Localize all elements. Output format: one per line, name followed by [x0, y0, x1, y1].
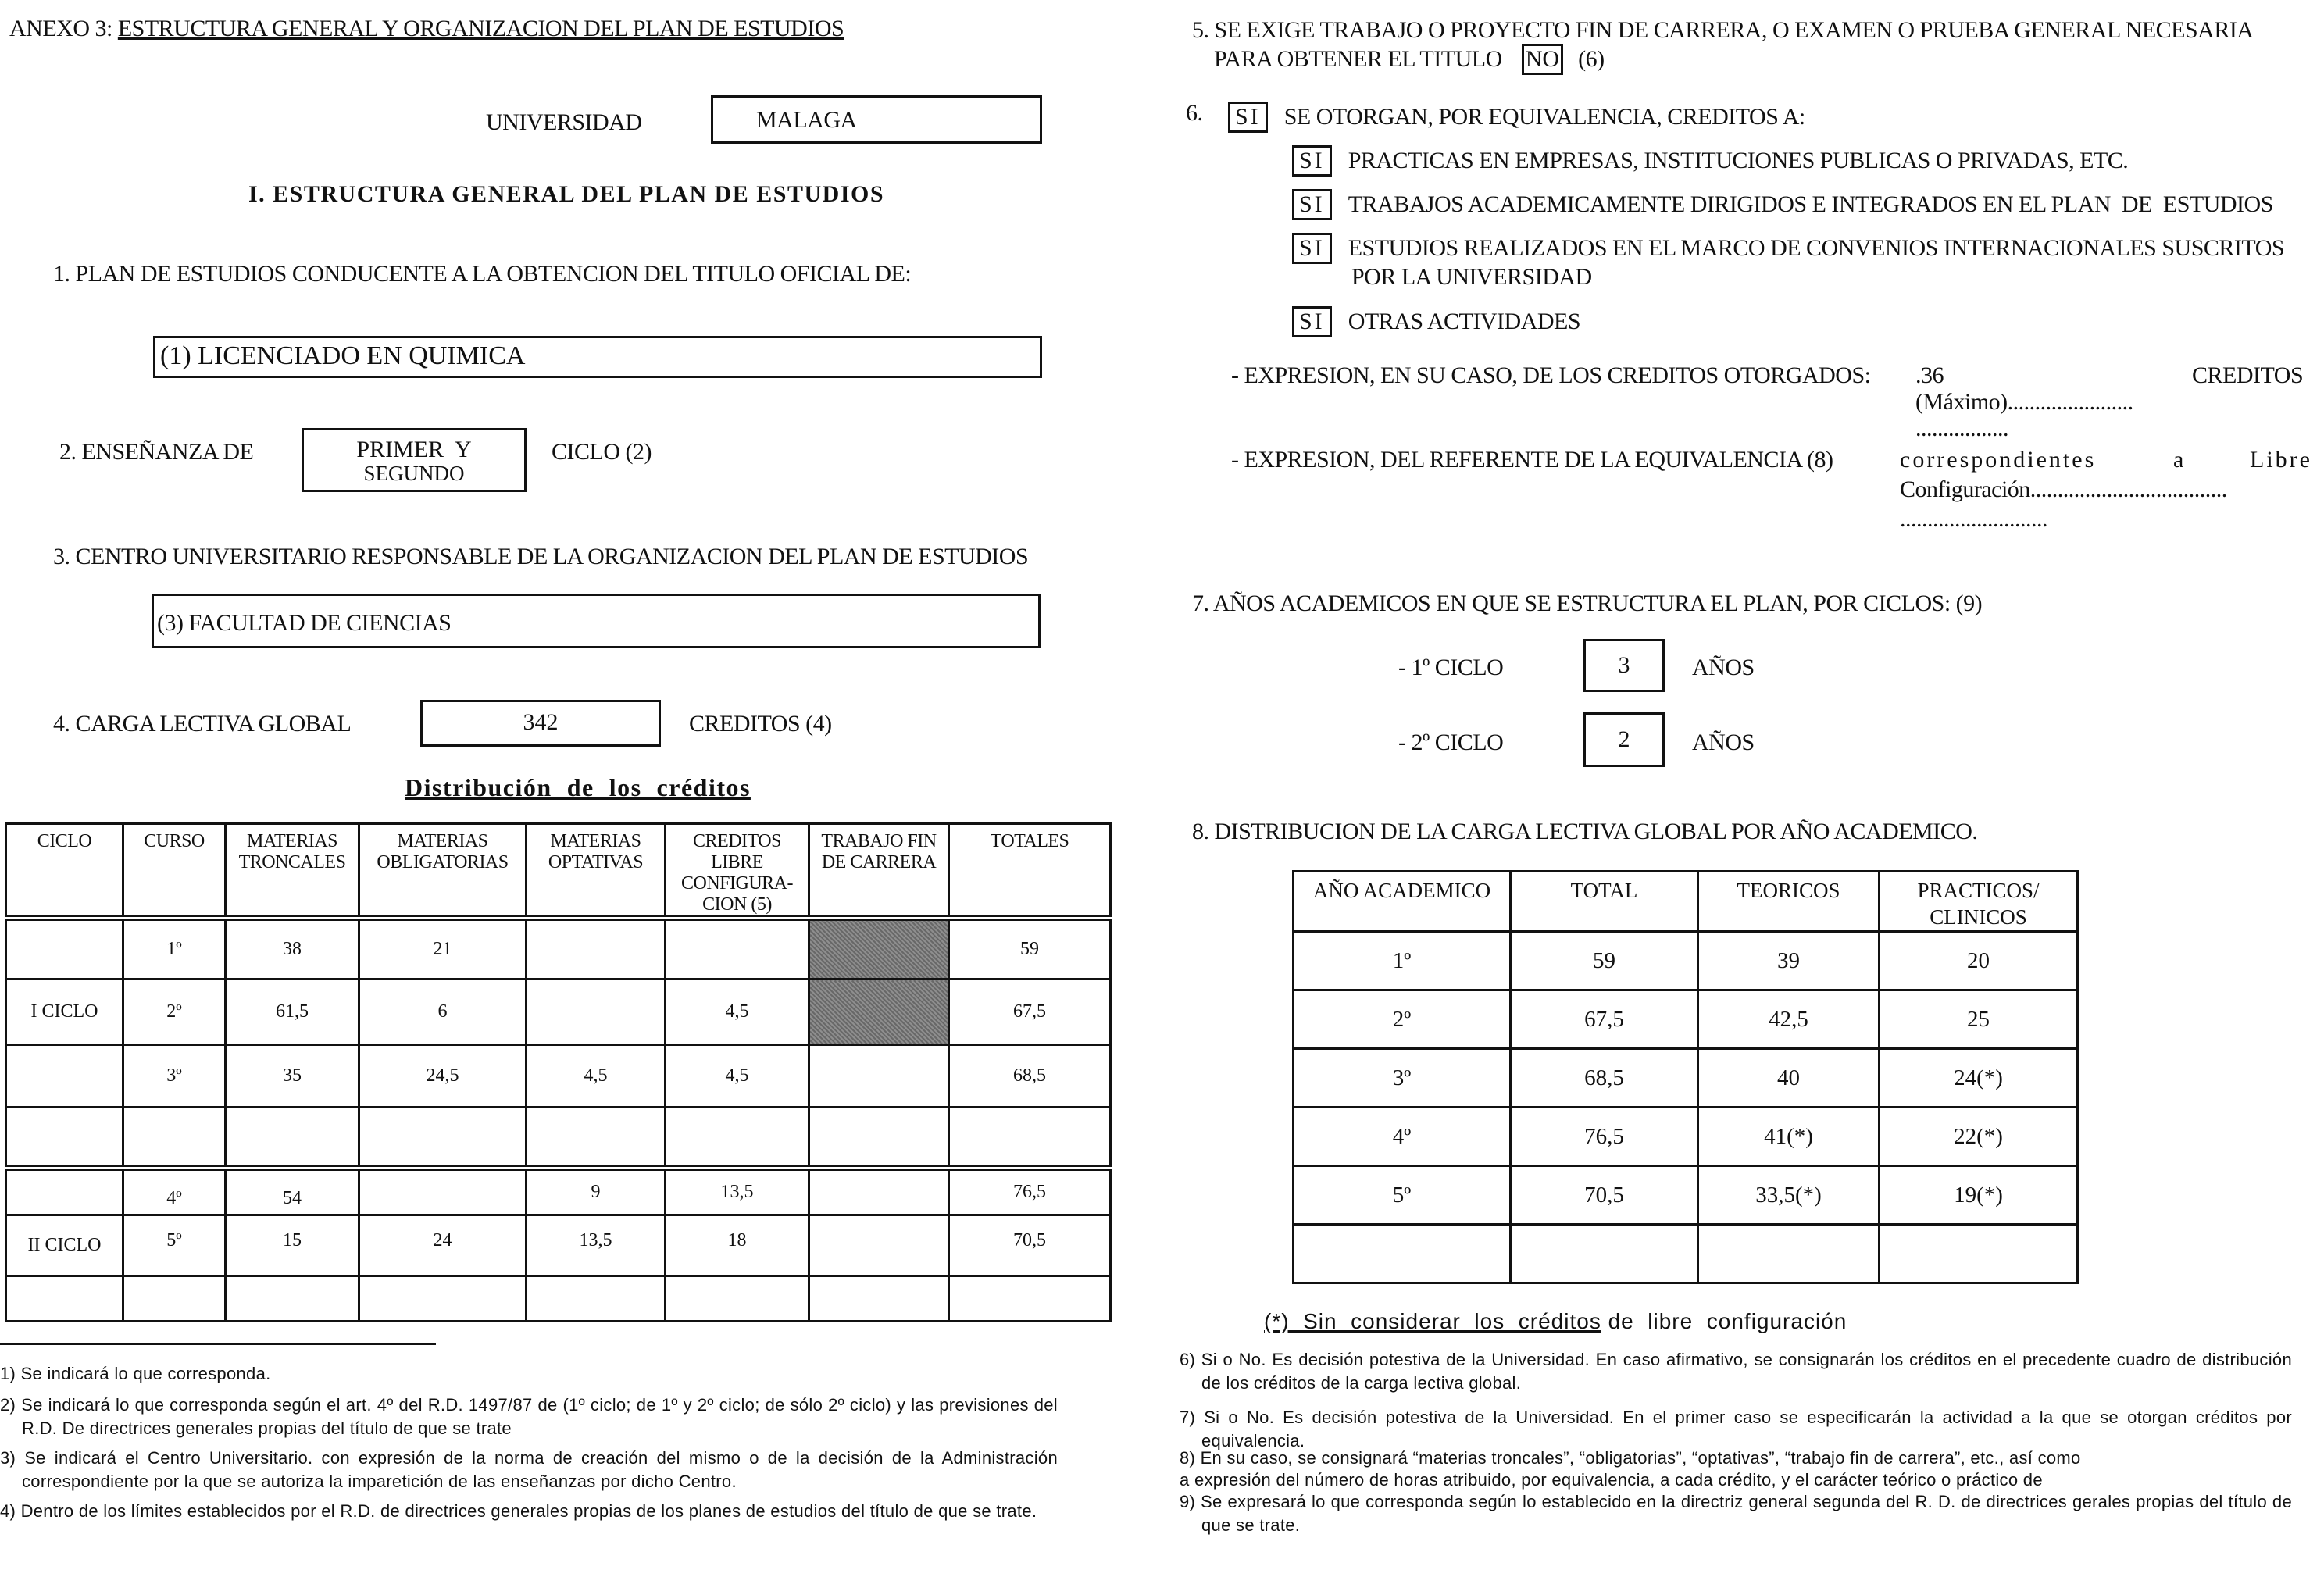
cycle-value-line1: PRIMER Y — [304, 437, 524, 462]
header-curso: CURSO — [123, 824, 226, 919]
item5-note: (6) — [1578, 46, 1604, 72]
table-note: (*) Sin considerar los créditos de libre… — [1180, 1309, 1847, 1334]
cell-col-1 — [1511, 1225, 1698, 1283]
cell-col-2: 33,5(*) — [1698, 1166, 1880, 1225]
cell-curso: 4º — [123, 1168, 226, 1215]
cell-col-3: 24(*) — [1880, 1049, 2078, 1108]
cell-col-3: 25 — [1880, 990, 2078, 1049]
cell-obligatorias: 6 — [359, 979, 527, 1045]
degree-title-value: (1) LICENCIADO EN QUIMICA — [160, 341, 525, 371]
item2-label: 2. ENSEÑANZA DE — [59, 439, 253, 466]
cell-libre: 4,5 — [666, 979, 809, 1045]
credits-granted-dots: ................. — [1915, 416, 2008, 442]
cell-col-3: 20 — [1880, 932, 2078, 990]
footnote: 8) En su caso, se consignará “materias t… — [1180, 1447, 2292, 1470]
footnote: 1) Se indicará lo que corresponda. — [0, 1362, 1058, 1386]
cell-col-0 — [1294, 1225, 1511, 1283]
cell-totales — [949, 1108, 1111, 1168]
cell-col-2 — [1698, 1225, 1880, 1283]
equivalence-answer: SI — [1228, 102, 1268, 133]
cell-col-0: 4º — [1294, 1108, 1511, 1166]
cell-col-1: 67,5 — [1511, 990, 1698, 1049]
footnote-divider-left — [0, 1343, 436, 1345]
footnote: 9) Se expresará lo que corresponda según… — [1180, 1490, 2292, 1537]
cell-troncales — [226, 1108, 359, 1168]
global-load-field: 342 — [420, 700, 661, 747]
cell-totales: 67,5 — [949, 979, 1111, 1045]
equivalence-referent-word1: correspondientes — [1900, 447, 2096, 473]
item3-label: 3. CENTRO UNIVERSITARIO RESPONSABLE DE L… — [53, 544, 1028, 570]
item5-line1: 5. SE EXIGE TRABAJO O PROYECTO FIN DE CA… — [1192, 17, 2254, 44]
cell-trabajo — [809, 1276, 949, 1322]
table-row: I CICLO2º61,564,567,5 — [6, 979, 1111, 1045]
cell-obligatorias — [359, 1168, 527, 1215]
footnote: 4) Dentro de los límites establecidos po… — [0, 1500, 1058, 1523]
item6-label: SE OTORGAN, POR EQUIVALENCIA, CREDITOS A… — [1284, 104, 1805, 130]
table-row — [1294, 1225, 2078, 1283]
footnote: 3) Se indicará el Centro Universitario. … — [0, 1447, 1058, 1493]
university-label: UNIVERSIDAD — [486, 109, 642, 136]
cell-troncales: 38 — [226, 919, 359, 979]
cell-ciclo — [6, 919, 123, 979]
item4-label: 4. CARGA LECTIVA GLOBAL — [53, 711, 351, 737]
table-row: 4º76,541(*)22(*) — [1294, 1108, 2078, 1166]
cell-col-0: 3º — [1294, 1049, 1511, 1108]
cell-col-0: 5º — [1294, 1166, 1511, 1225]
table-row — [6, 1276, 1111, 1322]
cell-col-1: 68,5 — [1511, 1049, 1698, 1108]
cell-col-1: 76,5 — [1511, 1108, 1698, 1166]
center-value: (3) FACULTAD DE CIENCIAS — [157, 610, 451, 637]
cell-ciclo — [6, 1045, 123, 1108]
option-label: ESTUDIOS REALIZADOS EN EL MARCO DE CONVE… — [1348, 235, 2284, 261]
equivalence-referent-word3: Libre — [2250, 447, 2312, 473]
header-optativas: MATERIAS OPTATIVAS — [527, 824, 666, 919]
option-answer: SI — [1292, 189, 1332, 220]
cell-obligatorias: 24 — [359, 1215, 527, 1276]
cell-libre — [666, 1108, 809, 1168]
cell-obligatorias: 21 — [359, 919, 527, 979]
cell-ciclo — [6, 1108, 123, 1168]
footnote: 7) Si o No. Es decisión potestiva de la … — [1180, 1406, 2292, 1453]
annex-label: ANEXO 3: — [9, 16, 112, 41]
credit-distribution-table: CICLO CURSO MATERIAS TRONCALES MATERIAS … — [5, 822, 1112, 1322]
cell-troncales: 54 — [226, 1168, 359, 1215]
item8-label: 8. DISTRIBUCION DE LA CARGA LECTIVA GLOB… — [1192, 819, 1977, 845]
footnote: a expresión del número de horas atribuid… — [1180, 1468, 2270, 1492]
header-troncales: MATERIAS TRONCALES — [226, 824, 359, 919]
item5-label: PARA OBTENER EL TITULO — [1214, 46, 1502, 72]
equivalence-option-practicas: SI PRACTICAS EN EMPRESAS, INSTITUCIONES … — [1292, 145, 2128, 177]
equivalence-option-otras: SI OTRAS ACTIVIDADES — [1292, 306, 1580, 337]
header-ano-academico: AÑO ACADEMICO — [1294, 872, 1511, 932]
cell-curso: 2º — [123, 979, 226, 1045]
degree-title-field: (1) LICENCIADO EN QUIMICA — [153, 336, 1042, 378]
cell-curso: 3º — [123, 1045, 226, 1108]
cell-obligatorias — [359, 1276, 527, 1322]
cell-col-1: 70,5 — [1511, 1166, 1698, 1225]
credits-granted-label: - EXPRESION, EN SU CASO, DE LOS CREDITOS… — [1231, 362, 1870, 389]
cell-col-0: 1º — [1294, 932, 1511, 990]
cell-col-3: 22(*) — [1880, 1108, 2078, 1166]
cell-curso: 1º — [123, 919, 226, 979]
cell-col-3: 19(*) — [1880, 1166, 2078, 1225]
table-note-rest: de libre configuración — [1601, 1309, 1847, 1333]
cell-trabajo — [809, 919, 949, 979]
table-row — [6, 1108, 1111, 1168]
cell-trabajo — [809, 1168, 949, 1215]
header-practicos: PRACTICOS/ CLINICOS — [1880, 872, 2078, 932]
cell-troncales: 35 — [226, 1045, 359, 1108]
section-title: I. ESTRUCTURA GENERAL DEL PLAN DE ESTUDI… — [248, 181, 884, 208]
cell-col-1: 59 — [1511, 932, 1698, 990]
cell-libre — [666, 919, 809, 979]
table-note-underlined: (*) Sin considerar los créditos — [1180, 1309, 1601, 1333]
cell-optativas — [527, 1276, 666, 1322]
cell-trabajo — [809, 979, 949, 1045]
cell-col-2: 40 — [1698, 1049, 1880, 1108]
center-field: (3) FACULTAD DE CIENCIAS — [152, 594, 1041, 648]
university-value: MALAGA — [756, 107, 857, 134]
cycle2-label: - 2º CICLO — [1398, 730, 1503, 756]
table-row: 1º593920 — [1294, 932, 2078, 990]
cycle1-years-value: 3 — [1619, 652, 1630, 678]
cell-ciclo — [6, 1276, 123, 1322]
table-row: 3º68,54024(*) — [1294, 1049, 2078, 1108]
cell-trabajo — [809, 1108, 949, 1168]
table-row: 2º67,542,525 — [1294, 990, 2078, 1049]
cell-col-2: 39 — [1698, 932, 1880, 990]
cell-totales: 59 — [949, 919, 1111, 979]
cycle-value-line2: SEGUNDO — [304, 462, 524, 484]
cell-troncales: 61,5 — [226, 979, 359, 1045]
annex-title: ESTRUCTURA GENERAL Y ORGANIZACION DEL PL… — [118, 16, 844, 41]
option-label: PRACTICAS EN EMPRESAS, INSTITUCIONES PUB… — [1348, 148, 2129, 173]
header-total: TOTAL — [1511, 872, 1698, 932]
cell-totales — [949, 1276, 1111, 1322]
cell-ciclo: I CICLO — [6, 979, 123, 1045]
cell-totales: 76,5 — [949, 1168, 1111, 1215]
cell-optativas: 13,5 — [527, 1215, 666, 1276]
credits-granted-unit: CREDITOS — [2192, 362, 2303, 389]
footnote: 2) Se indicará lo que corresponda según … — [0, 1393, 1058, 1440]
cycle-field: PRIMER Y SEGUNDO — [302, 428, 527, 492]
option-answer: SI — [1292, 306, 1332, 337]
global-load-value: 342 — [523, 709, 559, 735]
item6-heading: SI SE OTORGAN, POR EQUIVALENCIA, CREDITO… — [1228, 102, 1805, 133]
equivalence-referent-word2: a — [2173, 447, 2183, 473]
annual-load-table: AÑO ACADEMICO TOTAL TEORICOS PRACTICOS/ … — [1292, 870, 2079, 1284]
cycle2-years-value: 2 — [1619, 726, 1630, 752]
annex-heading: ANEXO 3: ESTRUCTURA GENERAL Y ORGANIZACI… — [9, 16, 844, 42]
cell-col-0: 2º — [1294, 990, 1511, 1049]
option-answer: SI — [1292, 233, 1332, 264]
footnote: 6) Si o No. Es decisión potestiva de la … — [1180, 1348, 2292, 1395]
credits-granted-max: (Máximo)....................... — [1915, 389, 2133, 416]
item4-suffix: CREDITOS (4) — [689, 711, 832, 737]
distribution-title: Distribución de los créditos — [405, 773, 751, 802]
cell-ciclo: II CICLO — [6, 1215, 123, 1276]
table-row: 5º70,533,5(*)19(*) — [1294, 1166, 2078, 1225]
table-row: II CICLO5º152413,51870,5 — [6, 1215, 1111, 1276]
cell-col-2: 41(*) — [1698, 1108, 1880, 1166]
equivalence-referent-line3: ........................... — [1900, 506, 2047, 533]
cell-totales: 70,5 — [949, 1215, 1111, 1276]
cell-optativas: 4,5 — [527, 1045, 666, 1108]
equivalence-option-convenios: SI ESTUDIOS REALIZADOS EN EL MARCO DE CO… — [1292, 233, 2284, 264]
cell-optativas — [527, 919, 666, 979]
cell-libre: 13,5 — [666, 1168, 809, 1215]
equivalence-referent-line2: Configuración...........................… — [1900, 476, 2227, 503]
university-field: MALAGA — [711, 95, 1042, 144]
cell-obligatorias: 24,5 — [359, 1045, 527, 1108]
table-row: 4º54913,576,5 — [6, 1168, 1111, 1215]
header-libre-configuracion: CREDITOS LIBRE CONFIGURA- CION (5) — [666, 824, 809, 919]
cycle1-label: - 1º CICLO — [1398, 655, 1503, 681]
cell-libre — [666, 1276, 809, 1322]
cell-ciclo — [6, 1168, 123, 1215]
cell-libre: 4,5 — [666, 1045, 809, 1108]
equivalence-option-trabajos: SI TRABAJOS ACADEMICAMENTE DIRIGIDOS E I… — [1292, 189, 2273, 220]
cell-trabajo — [809, 1215, 949, 1276]
cell-curso — [123, 1108, 226, 1168]
cell-curso: 5º — [123, 1215, 226, 1276]
cell-totales: 68,5 — [949, 1045, 1111, 1108]
option-answer: SI — [1292, 145, 1332, 177]
cell-optativas — [527, 1108, 666, 1168]
cell-troncales: 15 — [226, 1215, 359, 1276]
equivalence-referent-label: - EXPRESION, DEL REFERENTE DE LA EQUIVAL… — [1231, 447, 1833, 473]
cell-optativas: 9 — [527, 1168, 666, 1215]
item2-suffix: CICLO (2) — [552, 439, 652, 466]
cell-col-2: 42,5 — [1698, 990, 1880, 1049]
cell-trabajo — [809, 1045, 949, 1108]
header-obligatorias: MATERIAS OBLIGATORIAS — [359, 824, 527, 919]
cell-curso — [123, 1276, 226, 1322]
item5-line2: PARA OBTENER EL TITULO NO (6) — [1214, 44, 1605, 75]
cycle2-years-field: 2 — [1583, 712, 1665, 767]
cell-obligatorias — [359, 1108, 527, 1168]
item1-label: 1. PLAN DE ESTUDIOS CONDUCENTE A LA OBTE… — [53, 261, 911, 287]
cell-troncales — [226, 1276, 359, 1322]
credits-granted-value: .36 — [1915, 362, 1944, 389]
cycle1-unit: AÑOS — [1692, 655, 1755, 681]
equivalence-option-convenios-line2: POR LA UNIVERSIDAD — [1351, 264, 1592, 291]
cycle2-unit: AÑOS — [1692, 730, 1755, 756]
item6-number: 6. — [1186, 100, 1203, 127]
option-label: TRABAJOS ACADEMICAMENTE DIRIGIDOS E INTE… — [1348, 191, 2273, 217]
table-row: 3º3524,54,54,568,5 — [6, 1045, 1111, 1108]
cycle1-years-field: 3 — [1583, 639, 1665, 692]
cell-libre: 18 — [666, 1215, 809, 1276]
cell-col-3 — [1880, 1225, 2078, 1283]
option-label: OTRAS ACTIVIDADES — [1348, 309, 1580, 334]
thesis-required-answer: NO — [1522, 44, 1563, 75]
header-ciclo: CICLO — [6, 824, 123, 919]
header-totales: TOTALES — [949, 824, 1111, 919]
table-row: 1º382159 — [6, 919, 1111, 979]
header-teoricos: TEORICOS — [1698, 872, 1880, 932]
item7-label: 7. AÑOS ACADEMICOS EN QUE SE ESTRUCTURA … — [1192, 590, 1982, 617]
header-trabajo-fin-carrera: TRABAJO FIN DE CARRERA — [809, 824, 949, 919]
cell-optativas — [527, 979, 666, 1045]
